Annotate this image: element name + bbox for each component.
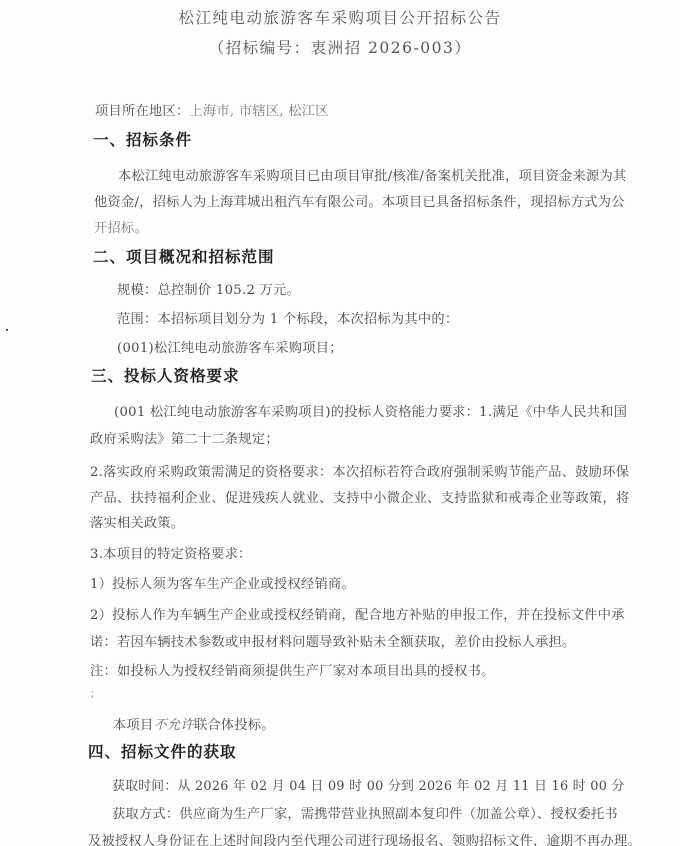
paragraph: 产品、扶持福利企业、促进残疾人就业、支持中小微企业、支持监狱和戒毒企业等政策，将 <box>90 487 630 506</box>
note-text: 注：如投标人为授权经销商须提供生产厂家对本项目出具的授权书。 <box>90 660 495 679</box>
lot-item: (001)松江纯电动旅游客车采购项目； <box>117 337 343 356</box>
paragraph: 本松江纯电动旅游客车采购项目已由项目审批/核准/备案机关批准，项目资金来源为其 <box>118 165 627 184</box>
section-heading-project-overview: 二、项目概况和招标范围 <box>93 245 275 267</box>
paragraph: 诺：若因车辆技术参数或申报材料问题导致补贴未全额获取，差价由投标人承担。 <box>90 631 576 650</box>
project-location: 项目所在地区：上海市, 市辖区, 松江区 <box>95 100 329 119</box>
paragraph: (001 松江纯电动旅游客车采购项目)的投标人资格能力要求：1.满足《中华人民共… <box>114 401 627 420</box>
stray-punctuation: ； <box>90 685 100 700</box>
document-page: 松江纯电动旅游客车采购项目公开招标公告 （招标编号：衷洲招 2026-003） … <box>0 0 680 846</box>
paragraph: 落实相关政策。 <box>90 512 184 531</box>
section-heading-bidding-conditions: 一、招标条件 <box>93 128 192 150</box>
paragraph: 2.落实政府采购政策需满足的资格要求：本次招标若符合政府强制采购节能产品、鼓励环… <box>90 461 629 480</box>
document-title: 松江纯电动旅游客车采购项目公开招标公告 <box>0 6 680 28</box>
location-value: 上海市, 市辖区, 松江区 <box>189 104 328 119</box>
location-label: 项目所在地区： <box>95 104 189 119</box>
paragraph: 政府采购法》第二十二条规定； <box>90 428 279 447</box>
consortium-emphasis: 不允许 <box>153 718 193 733</box>
section-heading-document-acquisition: 四、招标文件的获取 <box>88 740 237 762</box>
consortium-text: 本项目不允许联合体投标。 <box>113 714 275 733</box>
scale-text: 规模：总控制价 105.2 万元。 <box>117 279 300 298</box>
scope-text: 范围：本招标项目划分为 1 个标段，本次招标为其中的： <box>117 308 458 327</box>
section-heading-bidder-qualifications: 三、投标人资格要求 <box>91 364 240 386</box>
scan-mark <box>6 329 8 331</box>
paragraph: 他资金/，招标人为上海茸城出租汽车有限公司。本项目已具备招标条件，现招标方式为公 <box>94 191 625 210</box>
acquisition-time: 获取时间：从 2026 年 02 月 04 日 09 时 00 分到 2026 … <box>112 775 625 794</box>
paragraph: 3.本项目的特定资格要求： <box>90 543 252 562</box>
paragraph: 及被授权人身份证在上述时间段内至代理公司进行现场报名、领购招标文件，逾期不再办理… <box>88 830 641 846</box>
tender-number: （招标编号：衷洲招 2026-003） <box>0 36 680 58</box>
acquisition-method: 获取方式：供应商为生产厂家，需携带营业执照副本复印件（加盖公章）、授权委托书 <box>112 803 618 822</box>
paragraph: 开招标。 <box>94 217 148 236</box>
paragraph: 1）投标人须为客车生产企业或授权经销商。 <box>90 573 355 592</box>
paragraph: 2）投标人作为车辆生产企业或授权经销商，配合地方补贴的申报工作，并在投标文件中承 <box>90 604 625 623</box>
